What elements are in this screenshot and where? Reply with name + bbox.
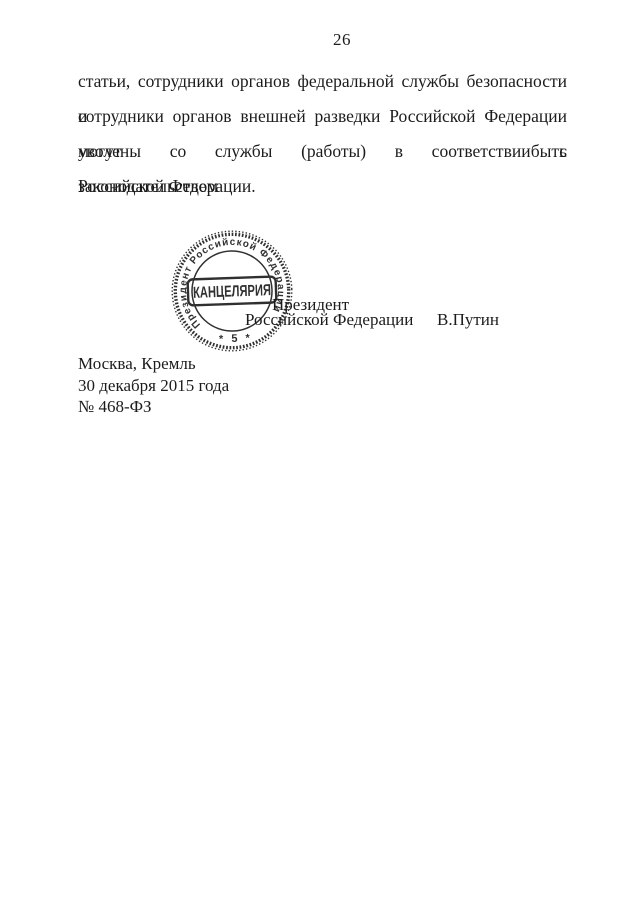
body-paragraph: статьи, сотрудники органов федеральной с… <box>78 64 567 204</box>
body-text-line: Российской Федерации. <box>78 169 567 204</box>
footer-block: Москва, Кремль 30 декабря 2015 года № 46… <box>78 353 229 418</box>
document-page: 26 статьи, сотрудники органов федерально… <box>0 0 640 905</box>
stamp-bottom-text: * 5 * <box>219 332 253 345</box>
chancellery-stamp-icon: Президент Российской Федерации * 5 * КАН… <box>160 219 305 364</box>
body-text-line: сотрудники органов внешней разведки Росс… <box>78 99 567 134</box>
stamp-center-text: КАНЦЕЛЯРИЯ <box>193 282 272 302</box>
footer-date: 30 декабря 2015 года <box>78 375 229 397</box>
body-text-line: уволены со службы (работы) в соответстви… <box>78 134 567 169</box>
body-text-line: статьи, сотрудники органов федеральной с… <box>78 64 567 99</box>
footer-doc-number: № 468-ФЗ <box>78 396 229 418</box>
signature-name: В.Путин <box>437 310 499 330</box>
page-number: 26 <box>333 30 351 50</box>
